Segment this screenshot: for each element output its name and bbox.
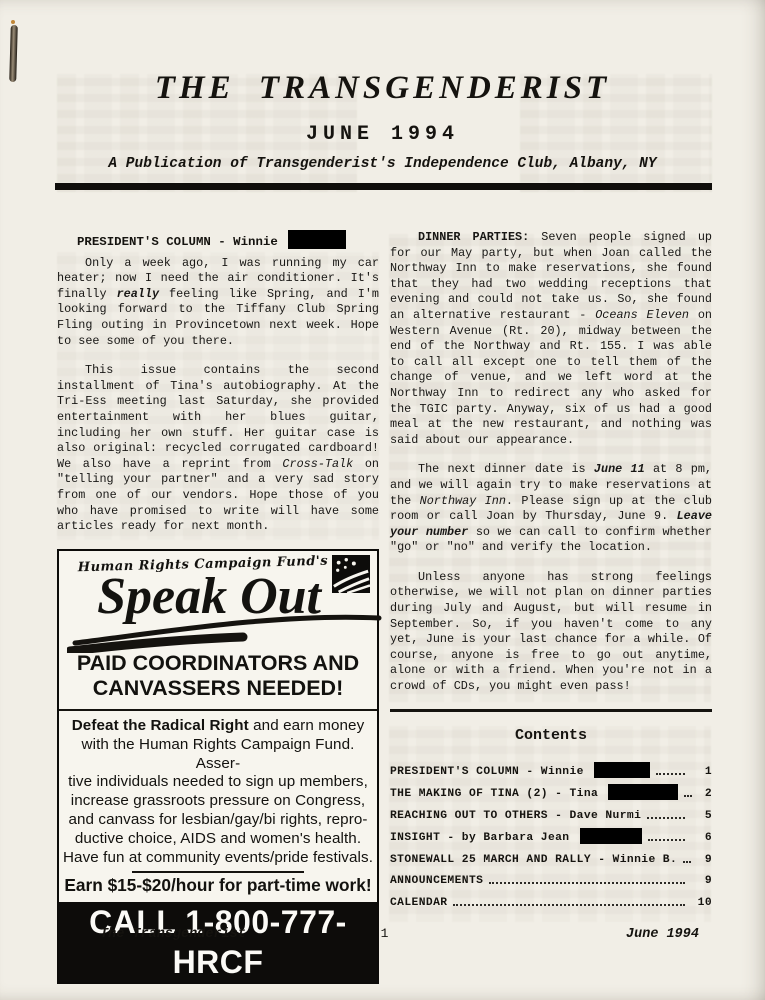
ad-minirule [132, 871, 304, 873]
toc-row: PRESIDENT'S COLUMN - Winnie 1 [390, 757, 712, 779]
issue-date: JUNE 1994 [0, 123, 765, 146]
toc-dot-leader [647, 817, 685, 819]
presidents-column-heading: PRESIDENT'S COLUMN - Winnie [57, 230, 379, 251]
toc-dot-leader [656, 773, 685, 775]
footer-publication-name: The Transgenderist [57, 927, 345, 942]
newsletter-page: THE TRANSGENDERIST JUNE 1994 A Publicati… [0, 0, 765, 1000]
ad-earn-line: Earn $15-$20/hour for part-time work! [59, 875, 377, 896]
dinner-parties-paragraph: DINNER PARTIES: Seven people signed up f… [390, 230, 712, 448]
toc-entry-label: INSIGHT - by Barbara Jean [390, 828, 642, 844]
toc-entry-label: STONEWALL 25 MARCH AND RALLY - Winnie B. [390, 854, 677, 866]
ad-logo-area: Human Rights Campaign Fund's Speak Out [59, 551, 377, 649]
toc-entry-label: ANNOUNCEMENTS [390, 875, 483, 887]
speak-out-swoosh-icon [67, 609, 385, 653]
toc-row: STONEWALL 25 MARCH AND RALLY - Winnie B.… [390, 844, 712, 866]
toc-dot-leader [648, 839, 685, 841]
body-columns: PRESIDENT'S COLUMN - Winnie Only a week … [0, 190, 765, 984]
toc-row: THE MAKING OF TINA (2) - Tina 2 [390, 778, 712, 800]
page-footer: The Transgenderist 1 June 1994 [57, 926, 712, 942]
toc-page-number: 1 [690, 766, 712, 778]
footer-page-number: 1 [345, 926, 424, 941]
toc-dot-leader [489, 882, 685, 884]
toc-dot-leader [684, 795, 692, 797]
toc-page-number: 6 [690, 832, 712, 844]
newsletter-title: THE TRANSGENDERIST [0, 0, 765, 106]
table-of-contents: PRESIDENT'S COLUMN - Winnie 1 THE MAKING… [390, 757, 712, 910]
toc-entry-label: THE MAKING OF TINA (2) - Tina [390, 784, 678, 800]
toc-dot-leader [683, 861, 691, 863]
toc-entry-label: CALENDAR [390, 897, 447, 909]
publication-subtitle: A Publication of Transgenderist's Indepe… [0, 156, 765, 172]
dinner-parties-paragraph: The next dinner date is June 11 at 8 pm,… [390, 462, 712, 556]
toc-row: INSIGHT - by Barbara Jean 6 [390, 822, 712, 844]
ad-headline: PAID COORDINATORS AND CANVASSERS NEEDED! [59, 651, 377, 701]
presidents-column-paragraph: Only a week ago, I was running my car he… [57, 256, 379, 350]
footer-issue-date: June 1994 [424, 927, 712, 942]
toc-page-number: 9 [696, 854, 712, 866]
toc-row: CALENDAR 10 [390, 887, 712, 909]
toc-page-number: 9 [690, 875, 712, 887]
contents-title: Contents [390, 727, 712, 744]
left-column: PRESIDENT'S COLUMN - Winnie Only a week … [57, 230, 379, 984]
toc-row: ANNOUNCEMENTS 9 [390, 866, 712, 888]
toc-page-number: 5 [690, 810, 712, 822]
masthead-rule [55, 183, 712, 190]
toc-dot-leader [453, 904, 685, 906]
toc-entry-label: PRESIDENT'S COLUMN - Winnie [390, 762, 650, 778]
toc-row: REACHING OUT TO OTHERS - Dave Nurmi 5 [390, 800, 712, 822]
contents-rule [390, 709, 712, 712]
presidents-column-paragraph: This issue contains the second installme… [57, 363, 379, 535]
ad-body-text: Defeat the Radical Right and earn moneyw… [59, 711, 377, 868]
speak-out-advertisement: Human Rights Campaign Fund's Speak Out [57, 549, 379, 984]
toc-page-number: 10 [690, 897, 712, 909]
toc-entry-label: REACHING OUT TO OTHERS - Dave Nurmi [390, 810, 641, 822]
right-column: DINNER PARTIES: Seven people signed up f… [390, 230, 712, 909]
hrcf-flag-icon [332, 555, 370, 593]
dinner-parties-paragraph: Unless anyone has strong feelings otherw… [390, 570, 712, 695]
masthead: THE TRANSGENDERIST JUNE 1994 A Publicati… [0, 0, 765, 172]
scan-speck [11, 20, 15, 24]
toc-page-number: 2 [697, 788, 712, 800]
